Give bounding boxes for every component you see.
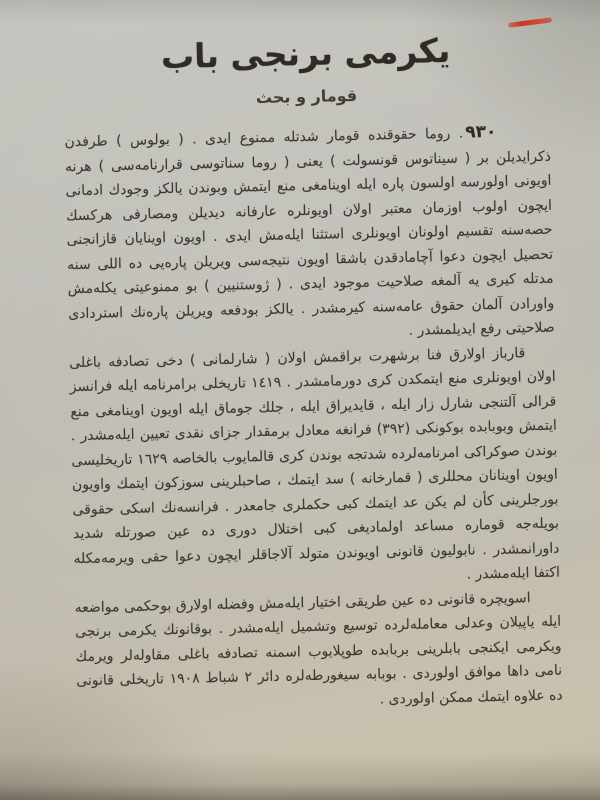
body-paragraph: اسويچره قانونى ده عين طريقى اختيار ايله‌…: [74, 585, 563, 718]
section-number-lead: ٩٣٠: [463, 120, 499, 146]
paragraph-text: . روما حقوقنده قومار شدتله ممنوع ايدى . …: [64, 126, 555, 339]
body-paragraph: ٩٣٠. روما حقوقنده قومار شدتله ممنوع ايدى…: [64, 119, 555, 351]
body-paragraph: قارباز اولارق فنا برشهرت براقمش اولان ( …: [69, 340, 560, 596]
red-pencil-mark: [508, 17, 552, 27]
page-content: يكرمى برنجى باب قومار و بحث ٩٣٠. روما حق…: [62, 21, 563, 718]
chapter-subtitle: قومار و بحث: [63, 82, 549, 112]
section-number: ٩٣٠: [463, 120, 499, 145]
body-text: ٩٣٠. روما حقوقنده قومار شدتله ممنوع ايدى…: [64, 119, 563, 718]
scanned-book-page: يكرمى برنجى باب قومار و بحث ٩٣٠. روما حق…: [0, 0, 600, 800]
chapter-title: يكرمى برنجى باب: [62, 29, 549, 79]
